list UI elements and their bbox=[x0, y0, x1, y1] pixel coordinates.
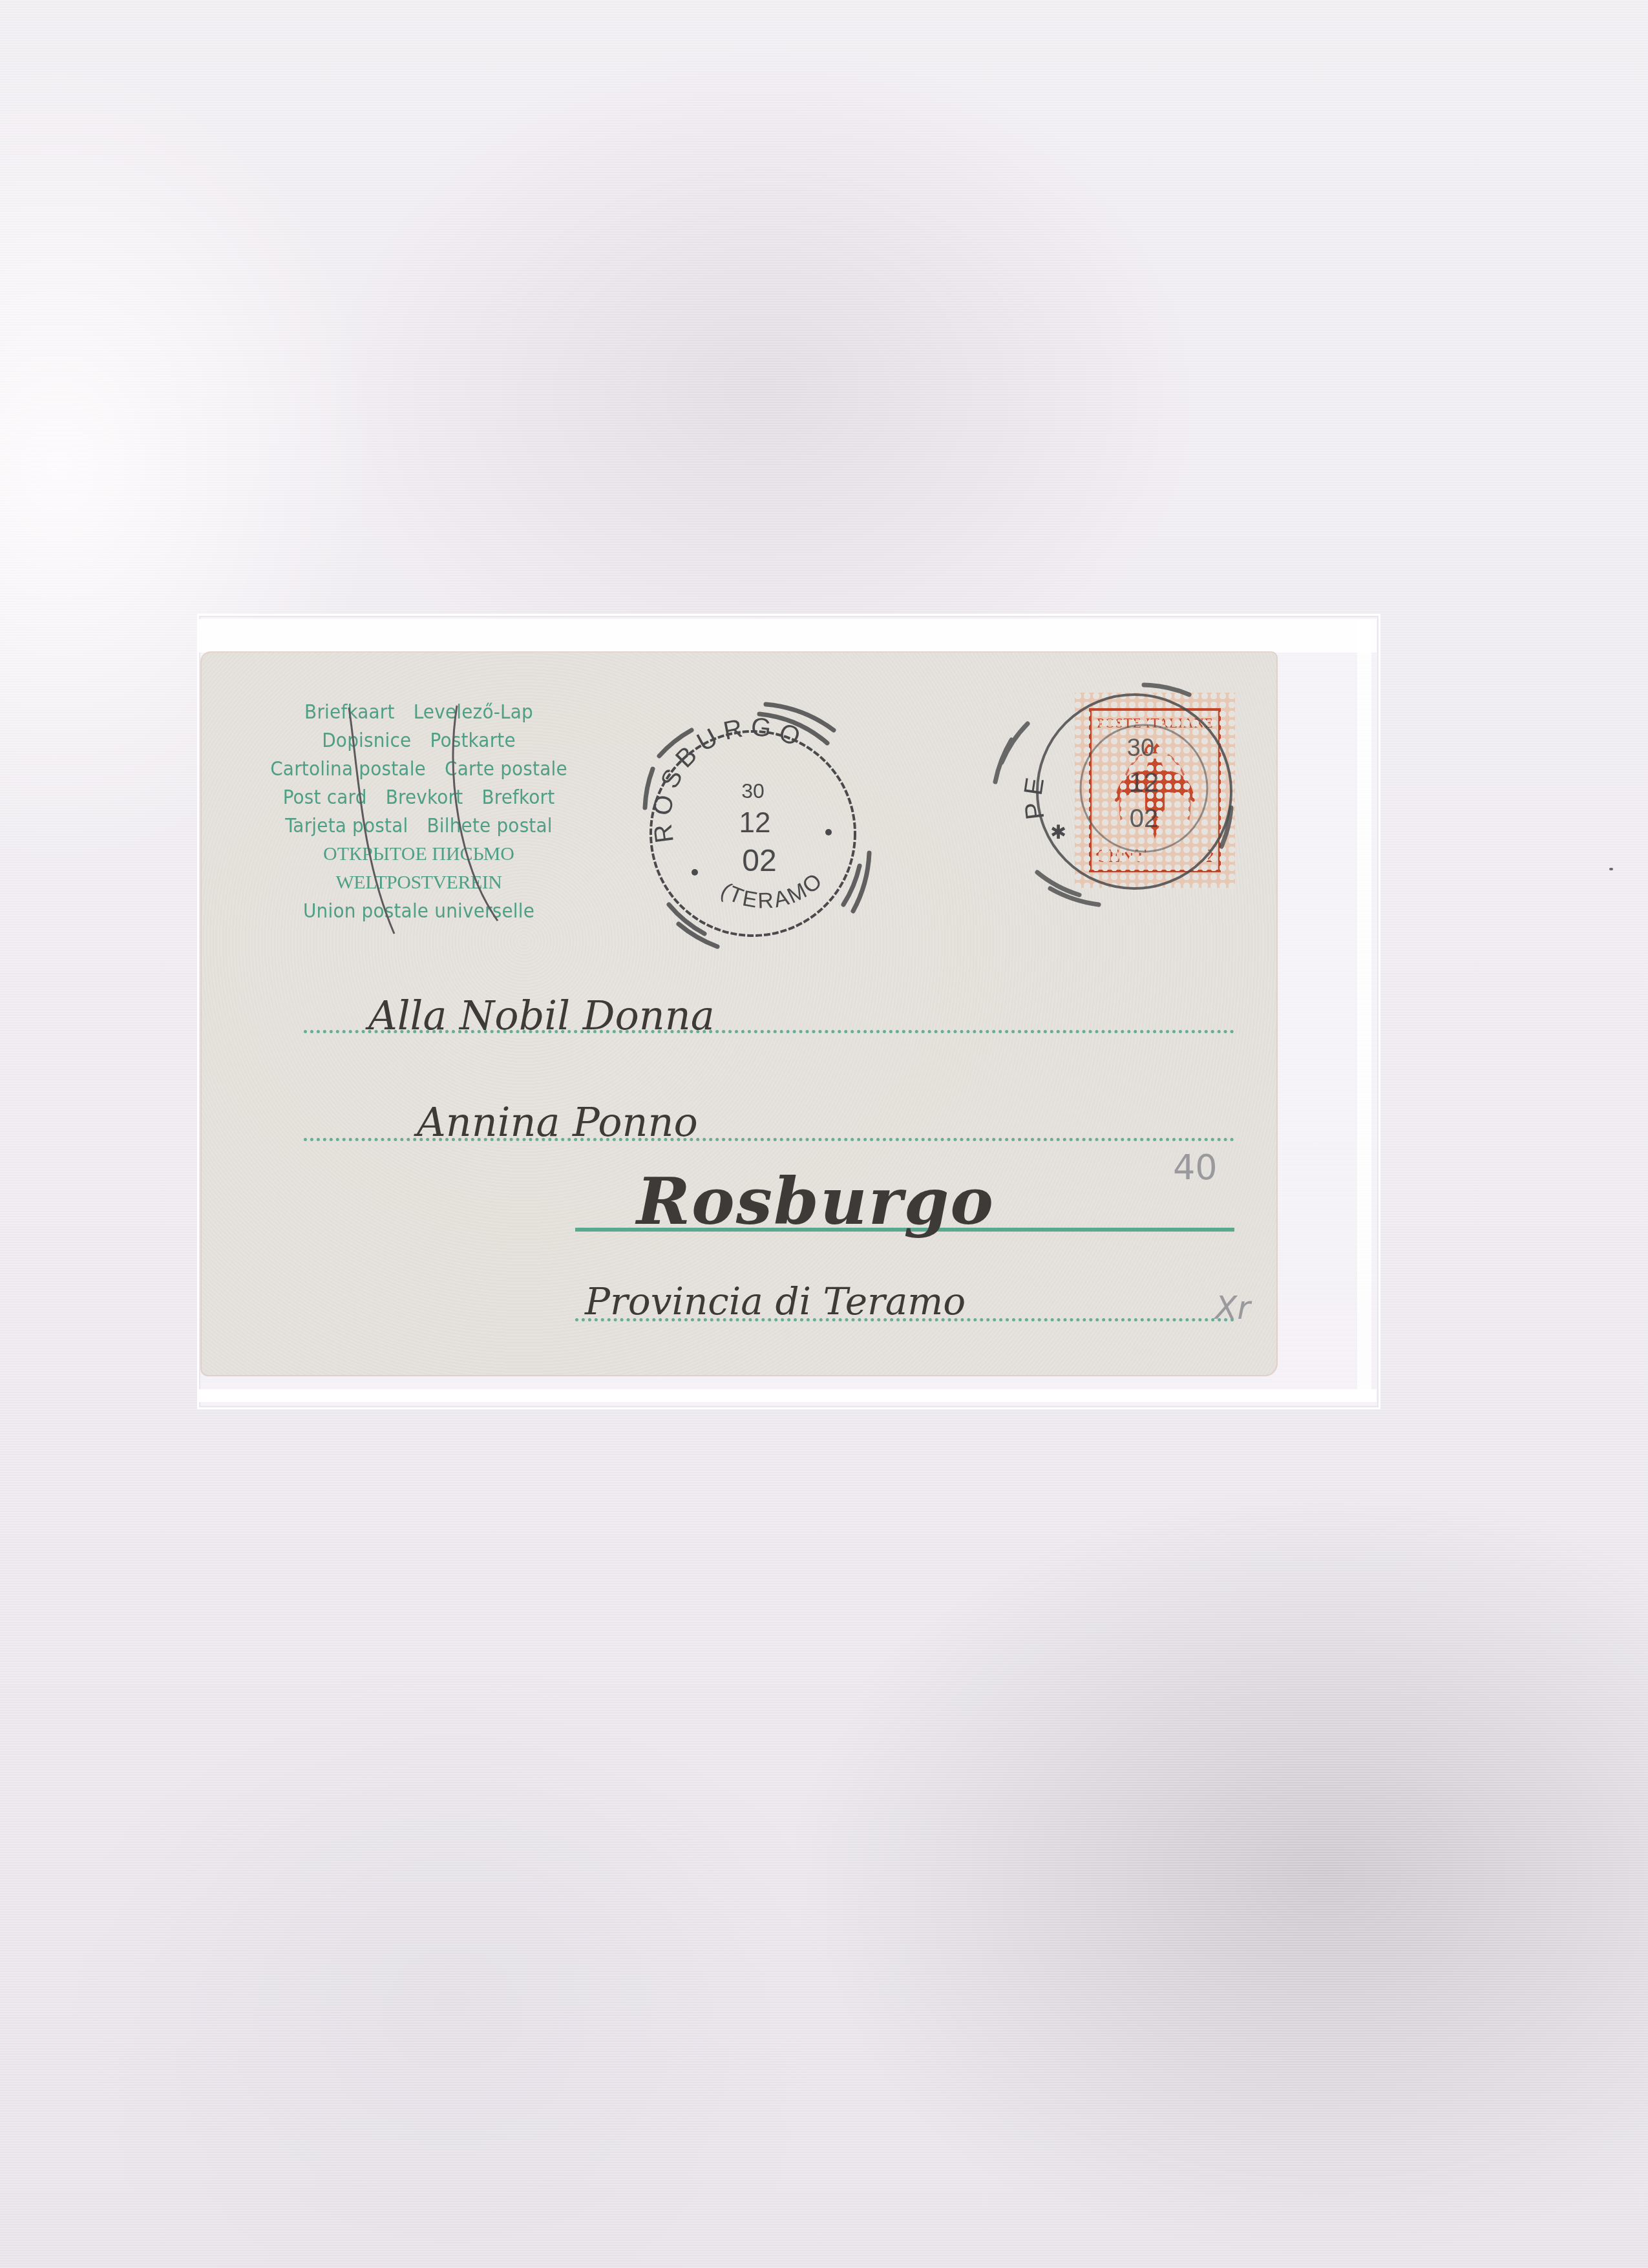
pencil-price-note: 40 bbox=[1173, 1147, 1218, 1188]
star-icon: ✱ bbox=[1050, 821, 1066, 844]
postmark-year: 02 bbox=[742, 844, 776, 878]
svg-text:30: 30 bbox=[1127, 735, 1154, 762]
address-province: Provincia di Teramo bbox=[585, 1279, 966, 1323]
svg-text:ROSBURGO: ROSBURGO bbox=[648, 713, 810, 845]
svg-text:02: 02 bbox=[1130, 804, 1159, 833]
postmark-town-partial: PE bbox=[1019, 771, 1051, 821]
address-town: Rosburgo bbox=[637, 1163, 995, 1239]
pencil-bracket-strokes bbox=[0, 0, 1648, 2268]
address-recipient: Annina Ponno bbox=[417, 1098, 698, 1146]
postmark-rosburgo: ROSBURGO (TERAMO) 30 12 02 bbox=[620, 685, 892, 956]
svg-text:PE: PE bbox=[1019, 771, 1051, 821]
postmark-town: ROSBURGO bbox=[648, 713, 810, 845]
scan-speck bbox=[1609, 868, 1613, 870]
postmark-day: 30 bbox=[741, 779, 765, 803]
svg-text:12: 12 bbox=[1129, 767, 1159, 797]
postmark-pescara: PE ✱ 30 12 02 bbox=[989, 678, 1247, 911]
postmark-month: 12 bbox=[739, 807, 771, 839]
pencil-initials-note: Xr bbox=[1215, 1289, 1251, 1327]
address-salutation: Alla Nobil Donna bbox=[368, 992, 715, 1039]
